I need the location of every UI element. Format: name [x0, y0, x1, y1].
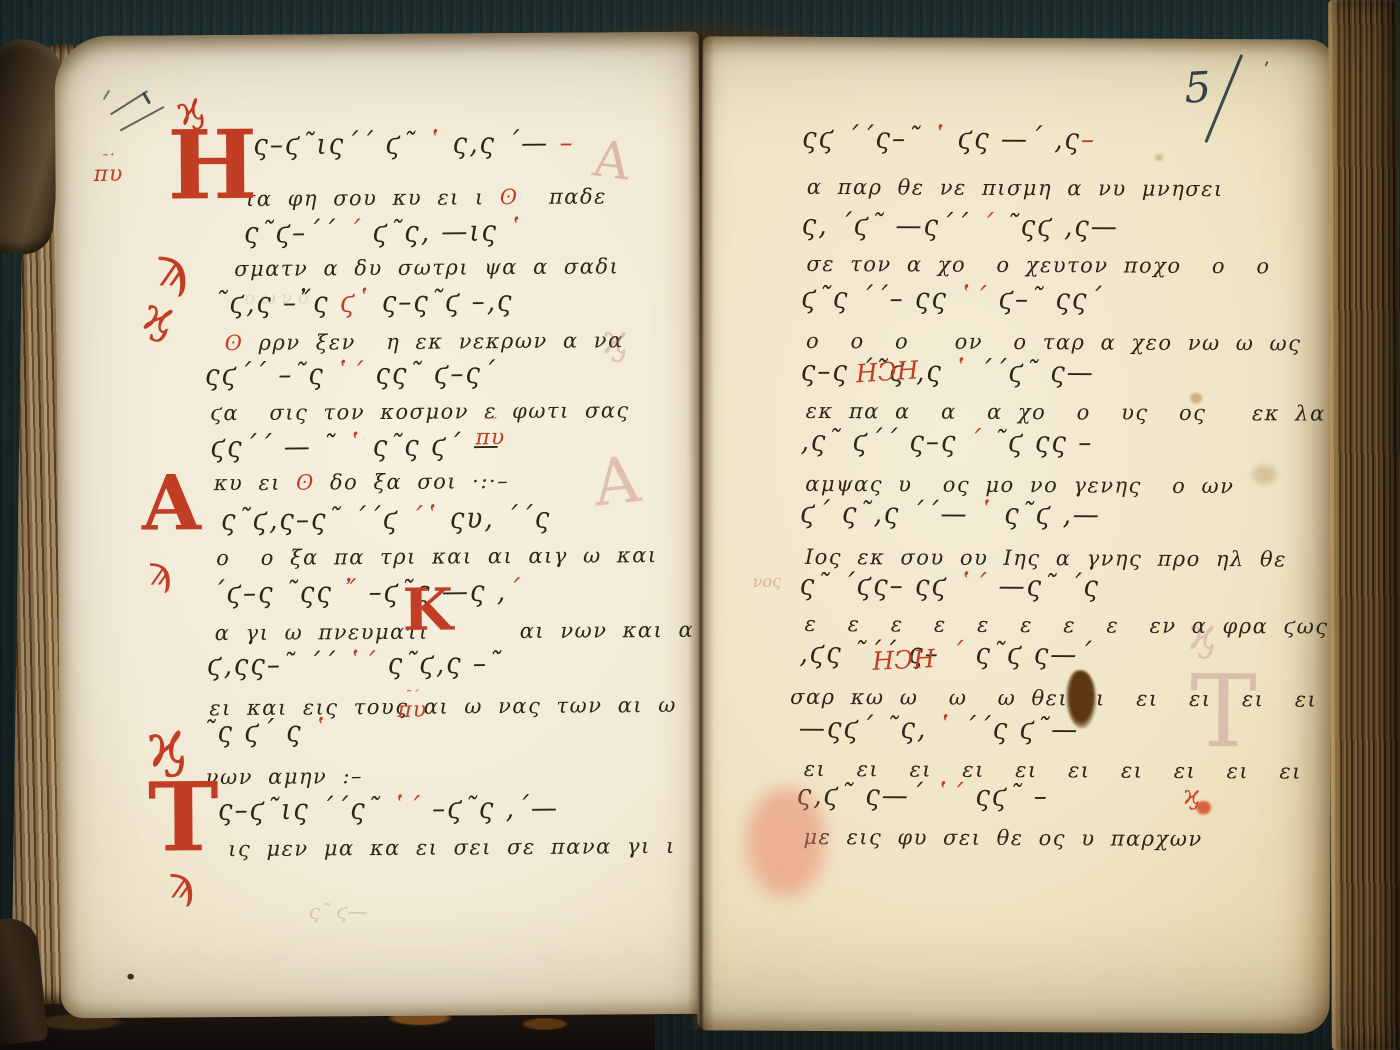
lyric-text-line: τα φη σου κυ ει ι ʘ παδε [244, 186, 607, 210]
ghost-text: ς῀ ϛ— [309, 902, 368, 920]
black-ink-segment: ΄΄ϛ῀ ς— [968, 356, 1095, 390]
red-ink-segment: ῾΄ [935, 779, 965, 813]
black-ink-segment: ςϛ΄΄ –῀ς [205, 358, 335, 393]
black-ink-segment: ϛ῀ς ΄΄– ςς [801, 282, 958, 316]
neume-notation-line: ‚ς῀ ϛ΄΄ ς–ς ΄ ῀ϛ ςς – [800, 427, 1093, 458]
red-ink-segment: ΄῾ [409, 502, 439, 536]
black-ink-segment: ΄ϛ–ς ῀ςς [211, 576, 343, 611]
black-ink-segment: ςς῀ ϛ–ς΄ [365, 357, 497, 392]
lyric-text-line: ο ο ο ον ο ταρ α χεο νω ω ως [806, 331, 1302, 355]
ornate-initial-tau: Τ [148, 775, 219, 861]
neume-notation-line: ς῀ϛ–΄΄ ΄ ϛ῀ς‚ —ις ῾ [244, 217, 524, 248]
neume-notation-line: ς‚ ΄ϛ῀ —ς΄΄ ΄ ῀ςϛ ‚ς— [802, 211, 1119, 242]
red-ink-segment: ῾ [347, 430, 362, 464]
lyric-text-line: ϛα σις τον κοσμον ε φωτι σας [210, 400, 630, 424]
black-ink-segment: ο ο ο ον ο ταρ α χεο νω ω ως [806, 329, 1302, 356]
black-ink-segment: —ςϛ΄ ῀ς‚ [799, 712, 938, 746]
martyria-text: πυ [475, 430, 505, 448]
red-ink-segment: ῎ [343, 576, 358, 610]
black-ink-segment: ϛς΄΄ — ῀ [210, 430, 347, 465]
bleedthrough-ornament: Τ [1190, 667, 1257, 757]
black-ink-segment: ς῀ϛ‚ς –῀ [377, 647, 503, 681]
mode-signature: ῀΄πυ [397, 692, 427, 720]
black-ink-segment: ρρν ξεν η εκ νεκρων α να [259, 328, 624, 355]
open-manuscript-photo: ς–ϛ῀ις΄΄ ϛ῀ ῾ ς‚ς ΄— –τα φη σου κυ ει ι … [0, 0, 1400, 1050]
neume-notation-line: ‚ϛς ῀΄΄ ς– ΄ ς῀ϛ ς—΄ [799, 639, 1093, 670]
black-ink-segment: ς‚ ΄ϛ῀ —ς΄΄ [802, 209, 981, 244]
neume-notation-line: ΄ϛ–ς ῀ςς ῎ –ϛ῀ς —ς ‚΄ [211, 577, 522, 608]
red-hypostasis-sign: ΗϽΗ [855, 359, 919, 386]
red-ink-segment: ῾ [932, 122, 947, 156]
red-hypostasis-sign: ΗϽΗ [872, 648, 936, 673]
gutter-crease [688, 36, 714, 1030]
red-ink-segment: ʘ [225, 331, 259, 355]
lyric-text-line: σε τον α χο ο χευτον ποχο ο ο [806, 254, 1270, 277]
black-ink-segment: ςϛ῀ – [965, 779, 1049, 813]
black-ink-segment: ‚ς῀ ϛ΄΄ ς–ς [800, 425, 967, 459]
black-ink-segment: σματν α δυ σωτρι ψα α σαδι [234, 254, 619, 281]
red-ink-segment: ʘ [296, 470, 315, 494]
black-ink-segment: ΄΄ς ϛ῀— [952, 712, 1079, 746]
red-ink-segment: ΄ [950, 637, 965, 671]
bleedthrough-ornament: Α [591, 136, 633, 185]
neume-notation-line: ς῀ϛ‚ς–ς῀ ΄΄ϛ ΄῾ ςυ‚ ΄΄ς [221, 504, 552, 535]
lyric-text-line: ο ο ξα πα τρι και αι αιγ ω και [216, 545, 657, 569]
ornate-initial-eta: Η [167, 123, 257, 209]
black-ink-segment: ς῀ϛ–΄΄ [244, 216, 348, 250]
red-ink-segment: – [559, 126, 574, 160]
red-ink-segment: ῾΄ [335, 358, 365, 392]
black-ink-segment: –ϛ῀ς ‚΄— [422, 792, 559, 827]
red-ink-segment: ʘ [500, 185, 519, 209]
pen-trial-stroke [103, 90, 110, 100]
neume-notation-line: ςϛ΄΄ –῀ς ῾΄ ςς῀ ϛ–ς΄ [205, 359, 497, 390]
black-ink-segment: ς῀ϛ‚ς–ς῀ ΄΄ϛ [221, 503, 410, 538]
left-page: ς–ϛ῀ις΄΄ ϛ῀ ῾ ς‚ς ΄— –τα φη σου κυ ει ι … [55, 32, 706, 1018]
black-ink-segment: ϛ–῀ ςς΄ [988, 283, 1103, 317]
black-ink-segment: ςυ‚ ΄΄ς [439, 502, 551, 536]
bleedthrough-ornament: ϗ [1188, 615, 1216, 655]
martyria-text: πυ [93, 166, 123, 184]
red-ink-segment: ῾ [969, 498, 994, 532]
tan-fleck [1190, 393, 1203, 404]
black-ink-segment: ς῀ϛ ς—΄ [965, 637, 1093, 671]
red-ink-segment: ῾΄ [347, 648, 377, 682]
bleedthrough-ornament: ϗ [603, 322, 628, 358]
tan-stain [1251, 465, 1277, 485]
black-ink-segment: ςϛ ΄΄ς–῀ [802, 122, 932, 156]
black-ink-segment: σε τον α χο ο χευτον ποχο ο ο [806, 252, 1270, 278]
lyric-text-line: ε ε ε ε ε ε ε ε εν α φρα ϛως [804, 614, 1328, 638]
black-ink-segment: ϛ῀ς‚ —ις [362, 215, 498, 250]
initial-flourish: ϡ [168, 863, 194, 903]
red-ink-segment: ῾ [427, 127, 442, 161]
black-ink-segment: ς‚ς ΄— [442, 126, 559, 160]
black-ink-segment: κυ ει [214, 471, 297, 496]
black-ink-segment: παδε [519, 184, 607, 209]
black-ink-segment: ῀ςϛ ‚ς— [995, 210, 1119, 244]
black-ink-segment: ϛς —΄ ‚ς [947, 122, 1081, 156]
black-ink-segment: ς῀ϛ ‚— [994, 498, 1101, 532]
lyric-text-line: ις μεν μα κα ει σει σε πανα γι ι [228, 836, 676, 860]
black-ink-segment: νων αμην :– [206, 764, 363, 789]
lyric-text-line: Ιος εκ σου ου Ιης α γνης προ ηλ θε [805, 547, 1287, 571]
initial-flourish: ϡ [156, 243, 187, 292]
red-ink-segment: ΄ [507, 575, 522, 609]
lyric-text-line: α γι ω πνευματι αι νων και α [215, 620, 695, 644]
lyric-text-line: ʘ ρρν ξεν η εκ νεκρων α να [225, 330, 624, 354]
brown-ink-blot [1066, 670, 1096, 728]
red-blob [1196, 801, 1212, 815]
pen-trial-stroke [142, 92, 151, 105]
ornate-initial-alpha: Α [142, 469, 201, 538]
black-ink-segment: Ιος εκ σου ου Ιης α γνης προ ηλ θε [805, 545, 1287, 572]
tan-fleck [1154, 154, 1164, 162]
folio-tick: ʹ [1261, 61, 1270, 80]
folio-number: 5 [1183, 68, 1212, 107]
neume-notation-line: ςϛ ΄΄ς–῀ ῾ ϛς —΄ ‚ς– [802, 124, 1096, 155]
mode-signature: ῀΄πυ [475, 419, 505, 447]
black-ink-segment: δο ξα σοι ·:·– [315, 469, 510, 494]
pen-trial-stroke [120, 106, 165, 132]
black-ink-segment: τα φη σου κυ ει ι [244, 185, 500, 211]
neume-notation-line: ϛ‚ςς–῀ ΄΄ ῾΄ ς῀ϛ‚ς –῀ [207, 649, 503, 680]
red-ink-segment: ΄ [347, 216, 362, 250]
red-ink-segment: ῾΄ [392, 792, 422, 826]
mode-signature-margin: ῀῾πυ [93, 156, 123, 184]
lyric-text-line: νων αμην :– [206, 766, 363, 788]
martyria-text: πυ [397, 702, 427, 720]
red-ink-segment: ῾΄ [958, 282, 988, 316]
ghost-text: ο ω ν ο [244, 290, 309, 307]
black-ink-segment: ς῀ ΄ϛς– ςϛ [800, 569, 959, 603]
black-ink-segment: με εις φυ σει θε ος υ παρχων [803, 825, 1202, 851]
black-ink-segment: ς–ς῀ϛ –‚ς [371, 285, 513, 320]
red-ink-segment: ΄ [980, 210, 995, 244]
initial-flourish: ϡ [148, 553, 171, 589]
neume-notation-line: ῀ς ϛ΄ ς ῾ [202, 717, 328, 747]
black-ink-segment: ς–ϛ῀ις΄΄ ϛ῀ [253, 127, 427, 162]
lyric-text-line: εκ πα α α α χο ο υς ος εκ λα [806, 401, 1326, 425]
neume-notation-line: ς‚ϛ῀ ς—΄ ῾΄ ςϛ῀ – [797, 781, 1049, 811]
lyric-text-line: κυ ει ʘ δο ξα σοι ·:·– [214, 471, 510, 494]
neume-notation-line: —ςϛ΄ ῀ς‚ ῾ ΄΄ς ϛ῀— [799, 714, 1079, 745]
bleedthrough-ornament: Α [591, 452, 643, 514]
black-ink-segment: αμψας υ ος μο νο γενης ο ων [805, 472, 1234, 498]
neume-notation-line: ς῀ ΄ϛς– ςϛ ῾΄ —ς῀ ΄ς [800, 571, 1100, 602]
red-ink-segment: ϛ῾ [340, 286, 372, 320]
black-ink-segment: ϛα σις τον κοσμον ε φωτι σας [210, 398, 630, 425]
pink-stain [743, 787, 829, 902]
black-ink-segment: ο ο ξα πα τρι και αι αιγ ω και [216, 543, 658, 570]
ornate-initial-kappa: Κ [402, 583, 453, 636]
lyric-text-line: αμψας υ ος μο νο γενης ο ων [805, 474, 1234, 497]
black-ink-segment: ς–ϛ῀ις ΄΄ς῀ [218, 793, 392, 828]
lyric-text-line: σματν α δυ σωτρι ψα α σαδι [234, 256, 619, 280]
red-ink-segment: ῾ [953, 355, 968, 389]
black-ink-segment: ῀ϛ ςς – [983, 426, 1094, 460]
ghost-text: νος [753, 574, 782, 589]
red-ink-segment: – [1081, 123, 1096, 157]
red-ink-segment: ῾ [498, 215, 523, 249]
neume-notation-line: ς–ς ΄῀ϛ ‚ς ῾ ΄΄ϛ῀ ς— [801, 357, 1095, 388]
black-ink-segment: ϛ‚ςς–῀ ΄΄ [207, 648, 348, 683]
red-ink-segment: ῾ [937, 712, 952, 746]
black-ink-segment: α γι ω πνευματι αι νων και α [215, 618, 695, 645]
ink-speck [127, 974, 134, 980]
black-ink-segment: —ς῀ ΄ς [988, 570, 1100, 604]
red-ink-segment: ῾΄ [958, 569, 988, 603]
neume-notation-line: ς–ϛ῀ις΄΄ ϛ῀ ῾ ς‚ς ΄— – [253, 129, 574, 160]
black-ink-segment: εκ πα α α α χο ο υς ος εκ λα [806, 399, 1326, 426]
red-ink-segment: ῾ [303, 715, 328, 749]
right-leaf-block-fore-edge [1328, 0, 1400, 1050]
black-ink-segment: ϛ΄ ς῀‚ς ΄΄— [800, 497, 969, 531]
lyric-text-line: με εις φυ σει θε ος υ παρχων [803, 827, 1202, 850]
neume-notation-line: ϛ῀ς ΄΄– ςς ῾΄ ϛ–῀ ςς΄ [801, 284, 1103, 315]
initial-flourish: ϗ [140, 293, 178, 340]
lyric-text-line: α παρ θε νε πισμη α νυ μνησει [807, 177, 1224, 200]
neume-notation-line: ϛ΄ ς῀‚ς ΄΄— ῾ ς῀ϛ ‚— [800, 499, 1101, 530]
neume-notation-line: ς–ϛ῀ις ΄΄ς῀ ῾΄ –ϛ῀ς ‚΄— [218, 794, 559, 825]
neume-notation-line: ϛς΄΄ — ῀ ῾ ς῀ς ϛ΄ — [210, 431, 501, 462]
black-ink-segment: α παρ θε νε πισμη α νυ μνησει [807, 175, 1224, 201]
black-ink-segment: ις μεν μα κα ει σει σε πανα γι ι [228, 834, 676, 861]
black-ink-segment: ῀ς ϛ΄ ς [202, 715, 302, 749]
red-ink-segment: ΄ [968, 426, 983, 460]
right-page: ςϛ ΄΄ς–῀ ῾ ϛς —΄ ‚ς–α παρ θε νε πισμη α … [697, 36, 1334, 1033]
black-ink-segment: ε ε ε ε ε ε ε ε εν α φρα ϛως [804, 612, 1328, 639]
